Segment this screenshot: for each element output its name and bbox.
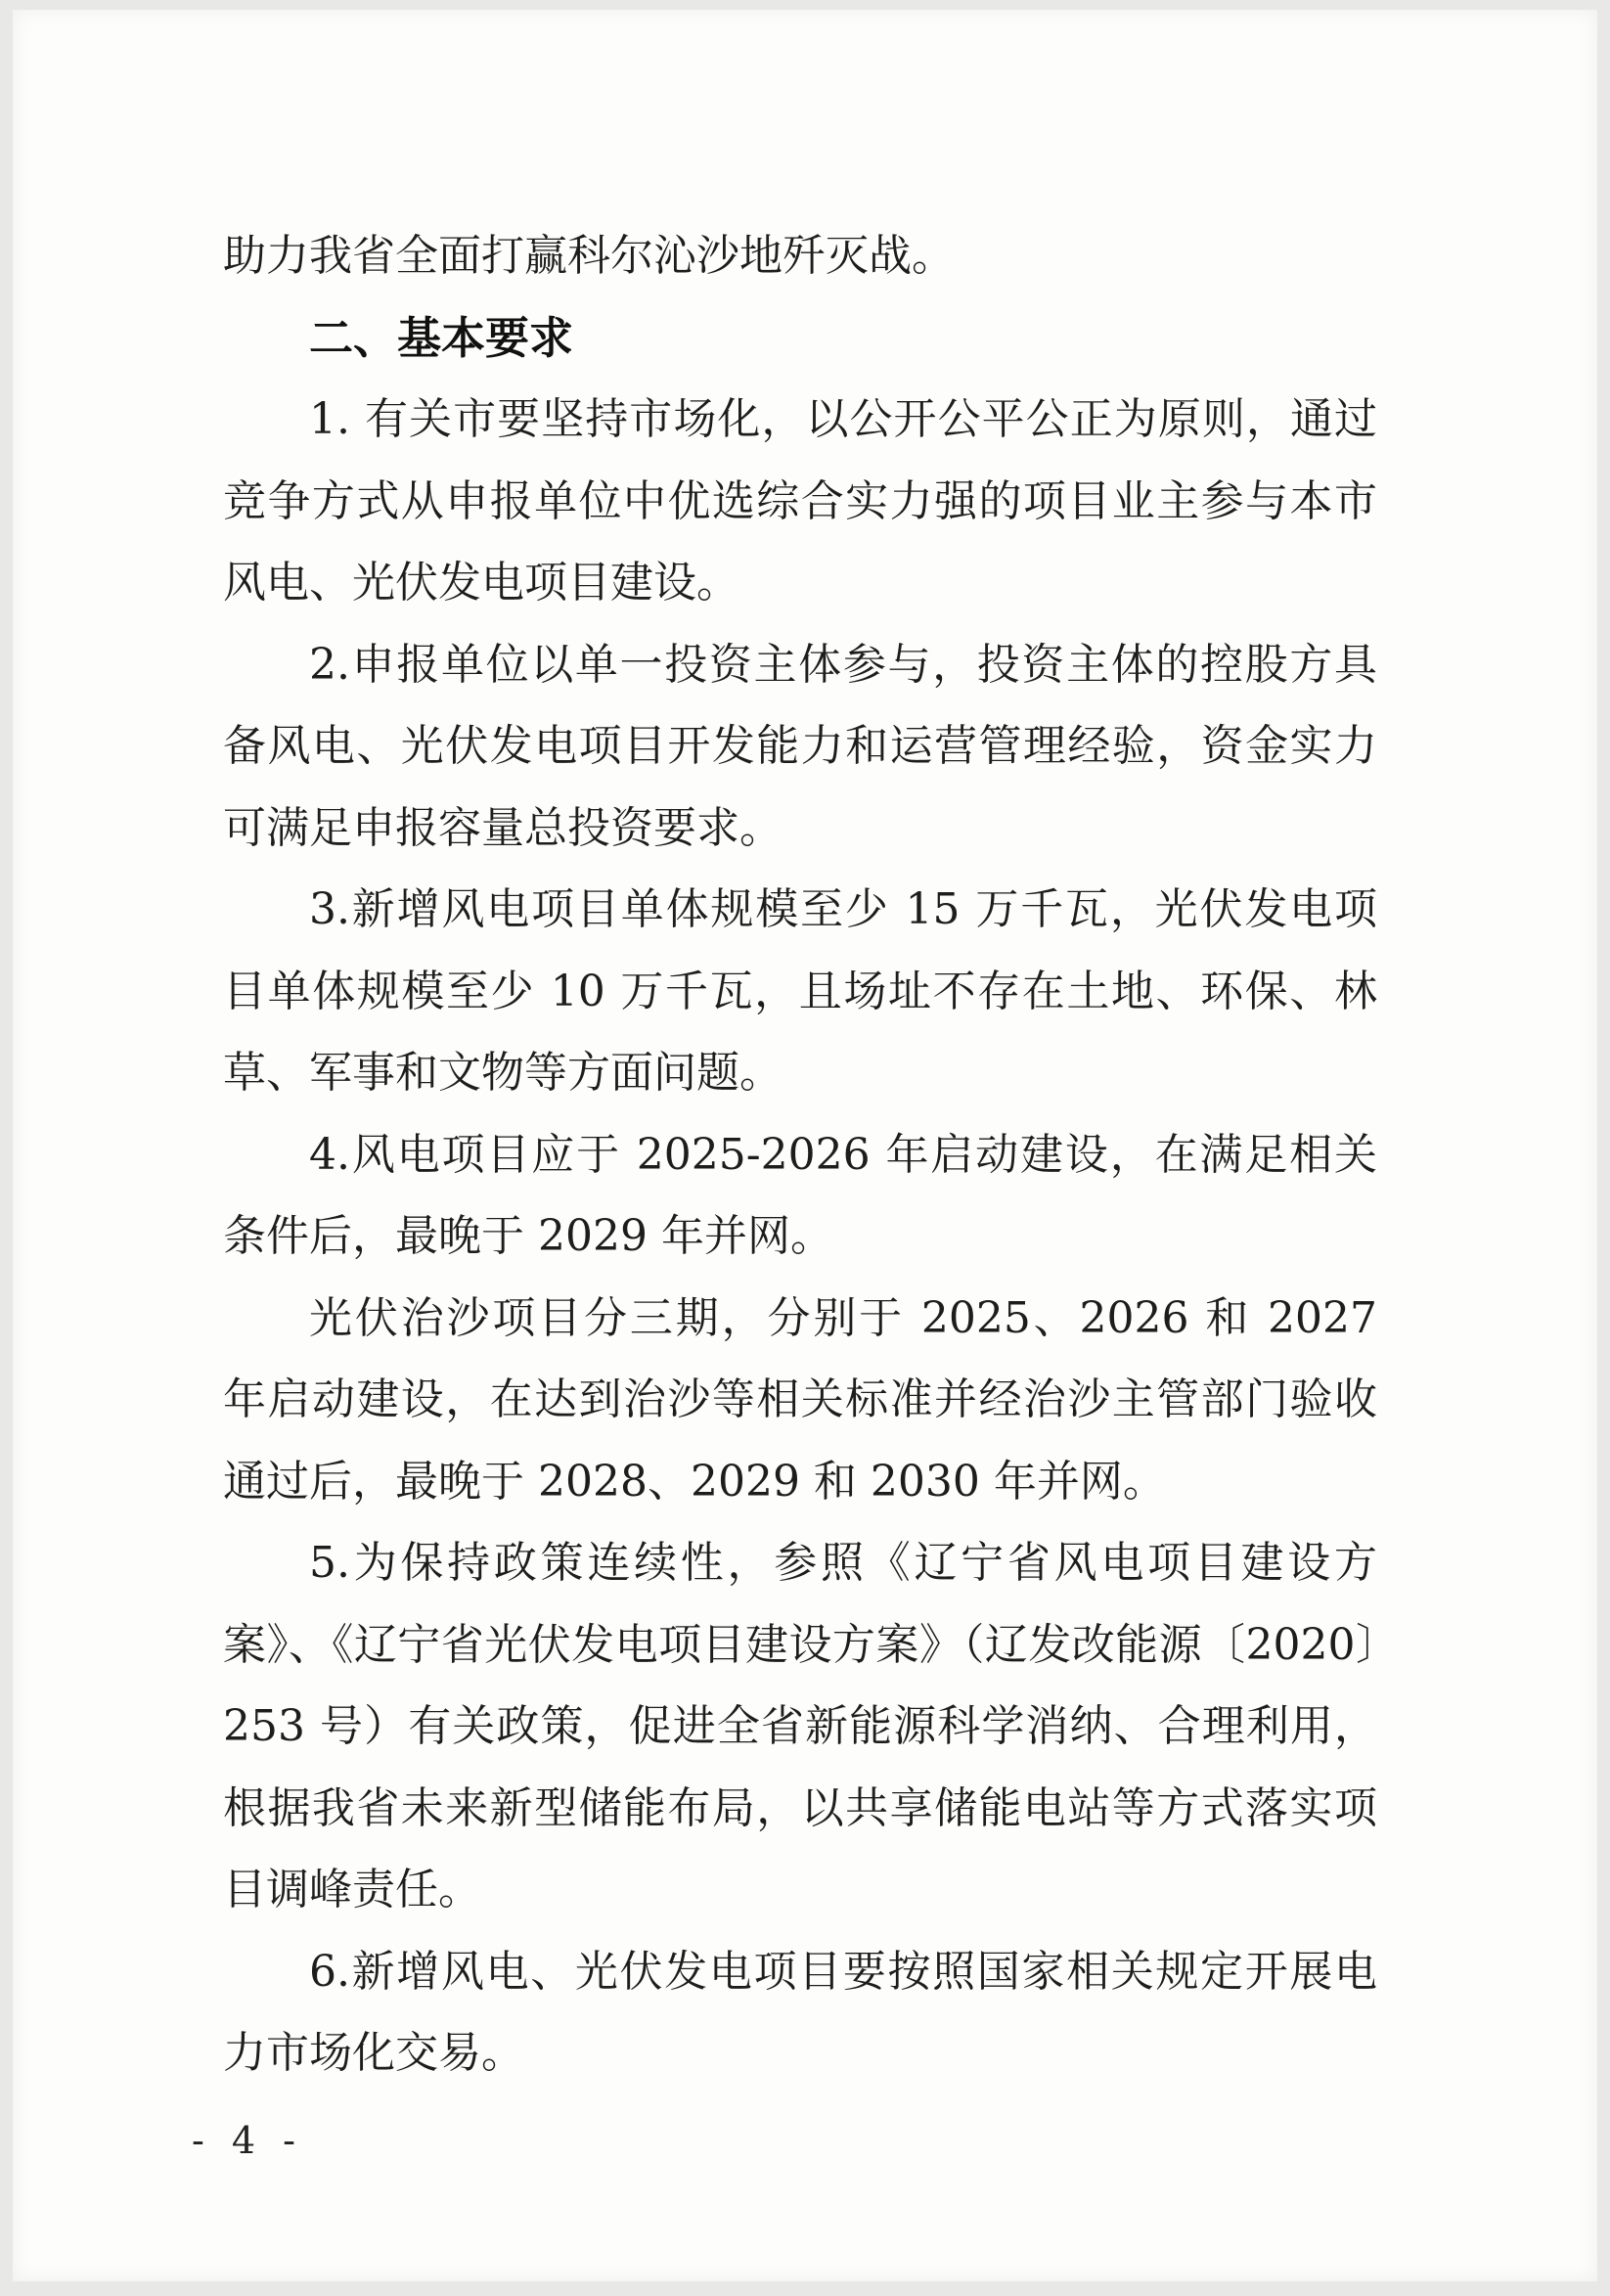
page-number: - 4 -: [192, 2111, 303, 2170]
paragraph-item-6: 6.新增风电、光伏发电项目要按照国家相关规定开展电力市场化交易。: [223, 1931, 1377, 2094]
paragraph-item-4-sub: 光伏治沙项目分三期，分别于 2025、2026 和 2027 年启动建设，在达到…: [223, 1278, 1377, 1523]
paragraph-item-5: 5.为保持政策连续性，参照《辽宁省风电项目建设方案》、《辽宁省光伏发电项目建设方…: [223, 1522, 1377, 1931]
paragraph-item-4: 4.风电项目应于 2025-2026 年启动建设，在满足相关条件后，最晚于 20…: [223, 1114, 1377, 1278]
scanned-page: 助力我省全面打赢科尔沁沙地歼灭战。 二、基本要求 1. 有关市要坚持市场化，以公…: [13, 10, 1597, 2281]
paragraph-continuation: 助力我省全面打赢科尔沁沙地歼灭战。: [223, 215, 1377, 297]
paragraph-item-2: 2.申报单位以单一投资主体参与，投资主体的控股方具备风电、光伏发电项目开发能力和…: [223, 624, 1377, 870]
paragraph-item-1: 1. 有关市要坚持市场化，以公开公平公正为原则，通过竞争方式从申报单位中优选综合…: [223, 379, 1377, 624]
document-body: 助力我省全面打赢科尔沁沙地歼灭战。 二、基本要求 1. 有关市要坚持市场化，以公…: [223, 215, 1377, 2094]
paragraph-item-3: 3.新增风电项目单体规模至少 15 万千瓦，光伏发电项目单体规模至少 10 万千…: [223, 869, 1377, 1114]
section-heading: 二、基本要求: [223, 297, 1377, 380]
